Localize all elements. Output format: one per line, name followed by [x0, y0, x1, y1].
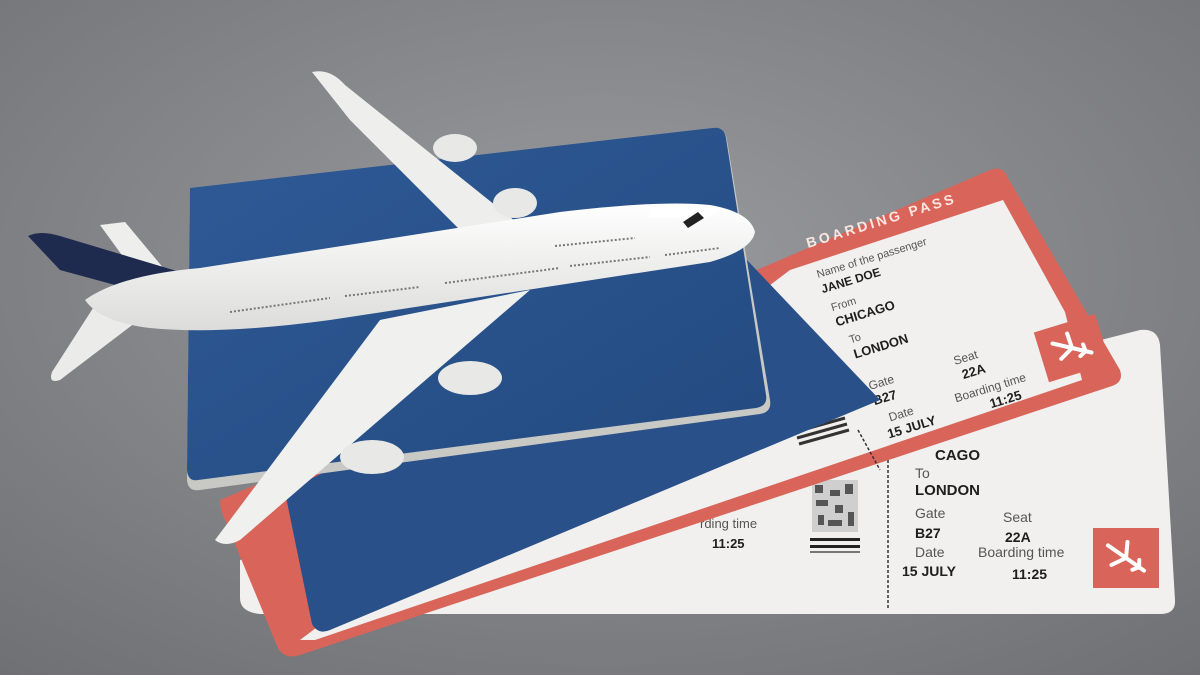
qr-code — [812, 480, 858, 532]
seat-value-back: 22A — [1005, 529, 1031, 545]
date-value-back: 15 JULY — [902, 563, 957, 579]
date-label-back: Date — [915, 544, 945, 560]
gate-label-back: Gate — [915, 505, 946, 521]
seat-label-back: Seat — [1003, 509, 1032, 525]
to-label-back: To — [915, 465, 930, 481]
scene-svg: CAGO To LONDON Gate Seat B27 22A Date Bo… — [0, 0, 1200, 675]
to-value-back: LONDON — [915, 482, 980, 499]
stub-boarding-time-value: 11:25 — [712, 536, 745, 551]
boarding-time-value-back: 11:25 — [1012, 566, 1047, 582]
from-value-back: CAGO — [935, 447, 980, 464]
gate-value-back: B27 — [915, 525, 941, 541]
photo-scene: CAGO To LONDON Gate Seat B27 22A Date Bo… — [0, 0, 1200, 675]
boarding-time-label-back: Boarding time — [978, 544, 1065, 560]
